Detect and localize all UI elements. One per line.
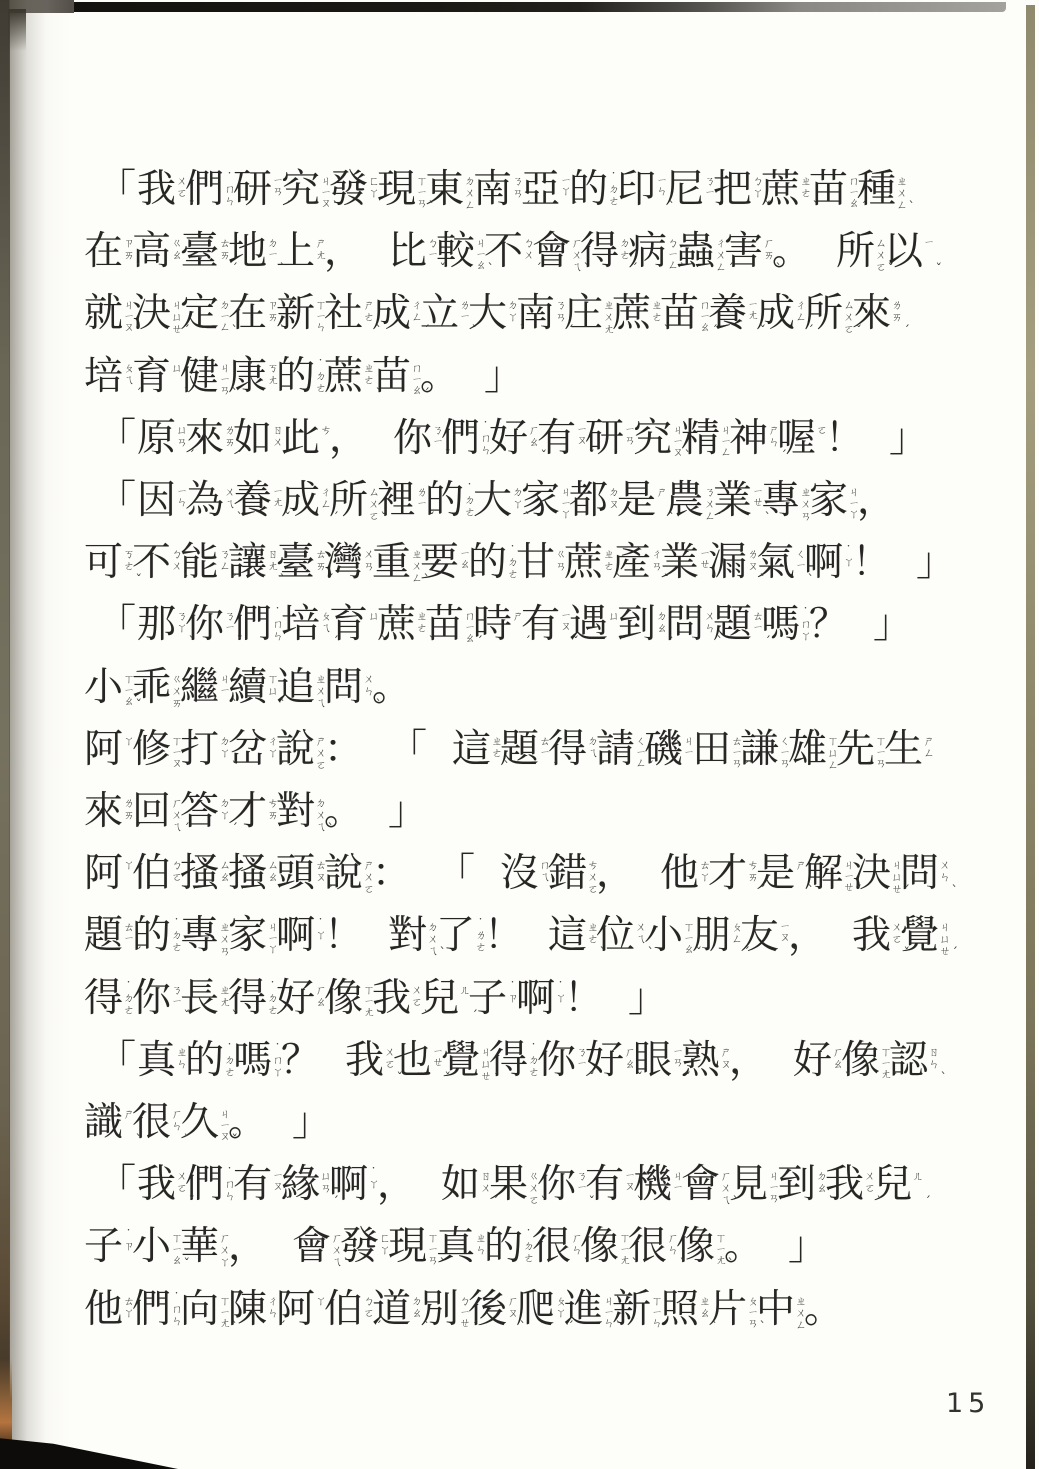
zhuyin-annotation: ㄉㄚˋ: [507, 299, 518, 338]
char-token: 神ㄕㄣˊ: [729, 415, 777, 463]
character: 如: [441, 1161, 480, 1209]
character: 臺: [180, 228, 219, 276]
character: 啊: [276, 912, 315, 960]
zhuyin-annotation: ㄓㄨㄢ: [800, 486, 811, 525]
character: 來: [84, 788, 123, 836]
character: 我: [345, 1037, 384, 1085]
zhuyin-annotation: ㄌㄞˊ: [224, 424, 235, 463]
character: 都: [569, 477, 608, 525]
zhuyin-annotation: ㄅㄛˊ: [171, 859, 182, 898]
char-token: 這ㄓㄜˋ: [452, 726, 500, 774]
zhuyin-annotation: ㄆㄟˊ: [320, 610, 331, 649]
char-token: 你ㄋㄧˇ: [393, 415, 441, 463]
zhuyin-annotation: ㄋㄧˇ: [224, 610, 235, 649]
zhuyin-annotation: ㄓㄜˋ: [416, 610, 427, 649]
character: 」: [292, 1099, 331, 1147]
character: 「: [97, 166, 136, 214]
character: 南: [473, 166, 512, 214]
zhuyin-annotation: ㄉㄠˋ: [816, 1170, 827, 1209]
zhuyin-annotation: ㄨㄟˋ: [224, 486, 235, 525]
character: 好: [489, 415, 528, 463]
zhuyin-annotation: ㄉㄧㄥˋ: [219, 299, 230, 338]
char-token: 啊˙ㄚ: [276, 912, 324, 960]
character: 原: [137, 415, 176, 463]
character: ，: [377, 1161, 416, 1209]
zhuyin-annotation: ㄊㄚ: [699, 859, 710, 898]
zhuyin-annotation: ㄙㄨㄛˇ: [875, 237, 886, 276]
zhuyin-annotation: ㄎㄤ: [267, 362, 278, 401]
zhuyin-annotation: ˙ㄉㄜ: [528, 1046, 539, 1085]
character: 田: [692, 726, 731, 774]
character: 」: [484, 353, 523, 401]
character: 「: [97, 477, 136, 525]
zhuyin-annotation: ㄑㄧˋ: [795, 548, 806, 587]
page-edge-right: [1026, 5, 1035, 1469]
zhuyin-annotation: ㄊㄧˊ: [123, 921, 134, 960]
char-token: 田ㄊㄧㄢˊ: [692, 726, 740, 774]
char-token: 甘ㄍㄢ: [516, 539, 564, 587]
character: 「: [436, 850, 475, 898]
zhuyin-annotation: ㄉㄚˇ: [219, 735, 230, 774]
zhuyin-annotation: ㄐㄧ: [672, 1170, 683, 1209]
character: 「: [97, 1161, 136, 1209]
text-line: 小ㄒㄧㄠˇ乖ㄍㄨㄞ繼ㄐㄧˋ續ㄒㄩˋ追ㄓㄨㄟ問ㄨㄣˋ。: [84, 664, 412, 724]
char-token: 問ㄨㄣˋ: [324, 664, 372, 712]
character: 的: [484, 1223, 523, 1271]
zhuyin-annotation: ㄐㄧㄣˋ: [603, 1295, 614, 1334]
zhuyin-annotation: ㄩㄢˊ: [320, 1170, 331, 1209]
char-token: 家ㄐㄧㄚ: [228, 912, 276, 960]
character: 那: [137, 601, 176, 649]
zhuyin-annotation: ㄒㄧㄤˋ: [219, 1295, 230, 1334]
punctuation-token: 「: [436, 850, 476, 898]
character: 有: [233, 1161, 272, 1209]
zhuyin-annotation: ㄧˇ: [923, 237, 934, 276]
character: 培: [281, 601, 320, 649]
punctuation-token: 」: [889, 415, 929, 463]
binding-shadow-notch: [8, 9, 26, 51]
zhuyin-annotation: ㄒㄧㄣ: [315, 299, 326, 338]
character: 的: [185, 1037, 224, 1085]
zhuyin-annotation: ㄨㄛˇ: [411, 984, 422, 1023]
zhuyin-annotation: ㄕˊ: [512, 610, 523, 649]
text-line: 來ㄌㄞˊ回ㄏㄨㄟˊ答ㄉㄚˊ才ㄘㄞˊ對ㄉㄨㄟˋ。」: [84, 788, 428, 848]
char-token: 他ㄊㄚ: [660, 850, 708, 898]
zhuyin-annotation: ㄏㄡˋ: [507, 1295, 518, 1334]
zhuyin-annotation: ㄓㄣ: [475, 1232, 486, 1271]
zhuyin-annotation: ˙ㄚ: [368, 1170, 379, 1209]
char-token: 現ㄒㄧㄢˋ: [388, 1223, 436, 1271]
zhuyin-annotation: ㄒㄧㄠˇ: [683, 921, 694, 960]
punctuation-token: 」: [873, 601, 913, 649]
char-token: 打ㄉㄚˇ: [180, 726, 228, 774]
punctuation-token: 「: [97, 477, 137, 525]
zhuyin-annotation: ㄆㄚˊ: [555, 1295, 566, 1334]
char-token: 才ㄘㄞˊ: [708, 850, 756, 898]
char-token: 這ㄓㄜˋ: [548, 912, 596, 960]
char-token: 伯ㄅㄛˊ: [132, 850, 180, 898]
zhuyin-annotation: ㄔㄢˇ: [651, 548, 662, 587]
zhuyin-annotation: ㄖㄣˋ: [928, 1046, 939, 1085]
punctuation-token: 「: [97, 1161, 137, 1209]
zhuyin-annotation: ㄒㄧㄠˇ: [123, 673, 134, 712]
zhuyin-annotation: ˙ㄇㄣ: [480, 424, 491, 463]
zhuyin-annotation: ㄉㄧˋ: [267, 237, 278, 276]
zhuyin-annotation: ㄧㄡˇ: [624, 1170, 635, 1209]
zhuyin-annotation: ㄋㄢˊ: [555, 299, 566, 338]
char-token: 比ㄅㄧˇ: [388, 228, 436, 276]
character: ？: [281, 1037, 320, 1085]
zhuyin-annotation: ㄧㄚˋ: [560, 175, 571, 214]
character: 所: [836, 228, 875, 276]
char-token: 可ㄎㄜˇ: [84, 539, 132, 587]
zhuyin-annotation: ㄋㄧˇ: [576, 1170, 587, 1209]
character: 生: [884, 726, 923, 774]
character: 家: [809, 477, 848, 525]
zhuyin-annotation: ㄧㄡˇ: [272, 1170, 283, 1209]
zhuyin-annotation: ㄨㄣˋ: [939, 859, 950, 898]
punctuation-token: ！: [324, 912, 364, 960]
zhuyin-annotation: ㄊㄡˊ: [315, 859, 326, 898]
zhuyin-annotation: ㄓㄨㄢ: [219, 921, 230, 960]
char-token: 阿ㄚ: [84, 850, 132, 898]
zhuyin-annotation: ˙ㄗ: [507, 984, 518, 1023]
zhuyin-annotation: ㄏㄣˇ: [171, 1108, 182, 1147]
zhuyin-annotation: ㄩˋ: [368, 610, 379, 649]
zhuyin-annotation: ㄊㄧㄢˊ: [731, 735, 742, 774]
character: 好: [793, 1037, 832, 1085]
char-token: 如ㄖㄨˊ: [441, 1161, 489, 1209]
zhuyin-annotation: ˙ㄉㄜ: [608, 175, 619, 214]
zhuyin-annotation: ㄊㄞˊ: [315, 548, 326, 587]
zhuyin-annotation: ㄐㄧㄡˋ: [672, 424, 683, 463]
char-token: 大ㄉㄚˋ: [473, 477, 521, 525]
character: 神: [729, 415, 768, 463]
character: ！: [825, 415, 864, 463]
punctuation-token: 」: [788, 1223, 828, 1271]
zhuyin-annotation: ㄕㄡˊ: [720, 1046, 731, 1085]
char-token: 我ㄨㄛˇ: [137, 1161, 185, 1209]
zhuyin-annotation: ㄓㄜˋ: [363, 362, 374, 401]
char-token: 培ㄆㄟˊ: [84, 353, 132, 401]
zhuyin-annotation: ㄌㄞˊ: [891, 299, 902, 338]
zhuyin-annotation: ㄉㄨㄥ: [464, 175, 475, 214]
zhuyin-annotation: ㄧㄢˇ: [672, 1046, 683, 1085]
char-token: 是ㄕˋ: [617, 477, 665, 525]
char-token: 修ㄒㄧㄡ: [132, 726, 180, 774]
zhuyin-annotation: ㄋㄨㄥˊ: [704, 486, 715, 525]
character: 才: [708, 850, 747, 898]
zhuyin-annotation: ㄔㄥˊ: [411, 299, 422, 338]
zhuyin-annotation: ㄒㄧㄢˋ: [416, 175, 427, 214]
char-token: 繼ㄐㄧˋ: [180, 664, 228, 712]
character: 伯: [132, 850, 171, 898]
char-token: 來ㄌㄞˊ: [84, 788, 132, 836]
zhuyin-annotation: ㄚ: [123, 735, 134, 774]
character: 他: [660, 850, 699, 898]
zhuyin-annotation: ㄐㄩㄝˊ: [480, 1046, 491, 1085]
char-token: 題ㄊㄧˊ: [84, 912, 132, 960]
char-token: 搔ㄙㄠ: [228, 850, 276, 898]
punctuation-token: ：: [372, 850, 412, 898]
character: 蔗: [564, 539, 603, 587]
zhuyin-annotation: ˙ㄉㄜ: [315, 362, 326, 401]
zhuyin-annotation: ㄅㄧㄝˊ: [459, 1295, 470, 1334]
zhuyin-annotation: ㄙㄨㄛˇ: [843, 299, 854, 338]
character: 甘: [516, 539, 555, 587]
zhuyin-annotation: ㄐㄧㄝˇ: [843, 859, 854, 898]
zhuyin-annotation: ㄕㄥ: [923, 735, 934, 774]
zhuyin-annotation: ㄙㄨㄛˇ: [368, 486, 379, 525]
character: 向: [180, 1286, 219, 1334]
character: ？: [809, 601, 848, 649]
zhuyin-annotation: ㄌㄞˊ: [123, 797, 134, 836]
char-token: 的˙ㄉㄜ: [276, 353, 324, 401]
zhuyin-annotation: ㄧㄢˊ: [624, 424, 635, 463]
zhuyin-annotation: ㄐㄧㄢˋ: [219, 362, 230, 401]
zhuyin-annotation: ㄓㄨㄤ: [603, 299, 614, 338]
character: 為: [185, 477, 224, 525]
char-token: 臺ㄊㄞˊ: [180, 228, 228, 276]
zhuyin-annotation: ㄓㄠˋ: [699, 1295, 710, 1334]
punctuation-token: 「: [97, 1037, 137, 1085]
binding-foot-strip: [0, 1358, 12, 1450]
char-token: 印ㄧㄣˋ: [617, 166, 665, 214]
char-token: 蔗ㄓㄜˋ: [612, 290, 660, 338]
char-token: 照ㄓㄠˋ: [660, 1286, 708, 1334]
zhuyin-annotation: ㄐㄩㄝˊ: [939, 921, 950, 960]
zhuyin-annotation: ㄓㄨㄥ: [795, 1295, 806, 1334]
zhuyin-annotation: ㄒㄧㄤˋ: [619, 1232, 630, 1271]
zhuyin-annotation: ㄘㄞˊ: [267, 797, 278, 836]
zhuyin-annotation: ㄏㄨㄟˋ: [571, 237, 582, 276]
character: 是: [617, 477, 656, 525]
character: ！: [324, 912, 363, 960]
zhuyin-annotation: ㄚ: [123, 859, 134, 898]
text-line: 識ㄕˋ很ㄏㄣˇ久ㄐㄧㄡˇ。」: [84, 1099, 332, 1159]
zhuyin-annotation: ㄔㄥˊ: [320, 486, 331, 525]
zhuyin-annotation: ㄘㄞˊ: [747, 859, 758, 898]
char-token: 我ㄨㄛˇ: [345, 1037, 393, 1085]
zhuyin-annotation: ㄇㄧㄠˊ: [411, 362, 422, 401]
zhuyin-annotation: ˙ㄗ: [123, 1232, 134, 1271]
text-line: 子˙ㄗ小ㄒㄧㄠˇ華ㄏㄨㄚˊ，會ㄏㄨㄟˋ發ㄈㄚ現ㄒㄧㄢˋ真ㄓㄣ的˙ㄉㄜ很ㄏㄣˇ像ㄒ…: [84, 1223, 828, 1283]
char-token: 我ㄨㄛˇ: [852, 912, 900, 960]
scan-top-edge: [58, 2, 1006, 12]
zhuyin-annotation: ˙ㄉㄜ: [224, 1046, 235, 1085]
punctuation-token: 「: [388, 726, 428, 774]
character: ！: [852, 539, 891, 587]
char-token: 生ㄕㄥ: [884, 726, 932, 774]
text-line: 題ㄊㄧˊ的˙ㄉㄜ專ㄓㄨㄢ家ㄐㄧㄚ啊˙ㄚ！對ㄉㄨㄟˋ了˙ㄌㄜ！這ㄓㄜˋ位ㄨㄟˋ小ㄒ…: [84, 912, 948, 972]
zhuyin-annotation: ㄒㄧㄤˋ: [715, 1232, 726, 1271]
character: 對: [388, 912, 427, 960]
punctuation-token: ，: [857, 477, 897, 525]
character: 題: [84, 912, 123, 960]
zhuyin-annotation: ㄘˇ: [320, 424, 331, 463]
zhuyin-annotation: ㄅㄧㄥˋ: [667, 237, 678, 276]
text-line: 得˙ㄉㄜ你ㄋㄧˇ長ㄓㄤˇ得˙ㄉㄜ好ㄏㄠˇ像ㄒㄧㄤˋ我ㄨㄛˇ兒ㄦˊ子˙ㄗ啊˙ㄚ！」: [84, 975, 668, 1035]
zhuyin-annotation: ㄆㄥˊ: [731, 921, 742, 960]
zhuyin-annotation: ㄅㄚˇ: [752, 175, 763, 214]
character: 沒: [500, 850, 539, 898]
zhuyin-annotation: ㄏㄠˇ: [315, 984, 326, 1023]
punctuation-token: ：: [324, 726, 364, 774]
zhuyin-annotation: ㄑㄧㄢ: [779, 735, 790, 774]
character: 頭: [276, 850, 315, 898]
zhuyin-annotation: ㄗㄞˋ: [123, 237, 134, 276]
char-token: 你ㄋㄧˇ: [537, 1037, 585, 1085]
zhuyin-annotation: ˙ㄉㄜ: [523, 1232, 534, 1271]
zhuyin-annotation: ㄓㄜˋ: [603, 548, 614, 587]
character: 」: [916, 539, 955, 587]
character: 的: [276, 353, 315, 401]
character: 阿: [84, 726, 123, 774]
zhuyin-annotation: ㄇㄧㄠˊ: [848, 175, 859, 214]
zhuyin-annotation: ㄐㄧㄥ: [720, 424, 731, 463]
character: 好: [276, 975, 315, 1023]
character: 現: [377, 166, 416, 214]
char-token: 真ㄓㄣ: [137, 1037, 185, 1085]
zhuyin-annotation: ㄖㄨˊ: [480, 1170, 491, 1209]
character: 培: [84, 353, 123, 401]
zhuyin-annotation: ㄐㄧㄢˋ: [768, 1170, 779, 1209]
char-token: 小ㄒㄧㄠˇ: [132, 1223, 180, 1271]
zhuyin-annotation: ˙ㄇㄣ: [224, 1170, 235, 1209]
punctuation-token: 「: [97, 601, 137, 649]
punctuation-token: 」: [628, 975, 668, 1023]
zhuyin-annotation: ˙ㄚ: [555, 984, 566, 1023]
zhuyin-annotation: ㄓㄜˋ: [800, 175, 811, 214]
char-token: 因ㄧㄣ: [137, 477, 185, 525]
zhuyin-annotation: ㄔㄣˊ: [267, 1295, 278, 1334]
char-token: 蔗ㄓㄜˋ: [324, 353, 372, 401]
zhuyin-annotation: ㄨㄛˇ: [891, 921, 902, 960]
char-token: 那ㄋㄚˋ: [137, 601, 185, 649]
zhuyin-annotation: ㄐㄧㄡˋ: [320, 175, 331, 214]
zhuyin-annotation: ㄖㄨˊ: [272, 424, 283, 463]
text-line: 他ㄊㄚ們˙ㄇㄣ向ㄒㄧㄤˋ陳ㄔㄣˊ阿ㄚ伯ㄅㄛˊ道ㄉㄠˋ別ㄅㄧㄝˊ後ㄏㄡˋ爬ㄆㄚˊ進…: [84, 1286, 844, 1346]
char-token: 現ㄒㄧㄢˋ: [377, 166, 425, 214]
zhuyin-annotation: ㄅㄨˊ: [523, 237, 534, 276]
zhuyin-annotation: ㄓㄣ: [176, 1046, 187, 1085]
text-line: 「真ㄓㄣ的˙ㄉㄜ嗎˙ㄇㄚ？我ㄨㄛˇ也ㄧㄝˇ覺ㄐㄩㄝˊ得˙ㄉㄜ你ㄋㄧˇ好ㄏㄠˇ眼ㄧ…: [84, 1037, 937, 1097]
zhuyin-annotation: ㄍㄢ: [555, 548, 566, 587]
character: 我: [137, 166, 176, 214]
punctuation-token: ！: [852, 539, 892, 587]
zhuyin-annotation: ㄎㄜˇ: [123, 548, 134, 587]
zhuyin-annotation: ㄏㄨㄟˋ: [720, 1170, 731, 1209]
zhuyin-annotation: ㄋㄧˇ: [432, 424, 443, 463]
text-line: 阿ㄚ伯ㄅㄛˊ搔ㄙㄠ搔ㄙㄠ頭ㄊㄡˊ說ㄕㄨㄛ：「沒ㄇㄟˊ錯ㄘㄨㄛˋ，他ㄊㄚ才ㄘㄞˊ是…: [84, 850, 948, 910]
punctuation-token: 「: [97, 166, 137, 214]
zhuyin-annotation: ㄐㄧㄚ: [560, 486, 571, 525]
character: 子: [84, 1223, 123, 1271]
zhuyin-annotation: ㄏㄨㄟˋ: [331, 1232, 342, 1271]
zhuyin-annotation: ㄙㄠ: [267, 859, 278, 898]
zhuyin-annotation: ㄋㄚˋ: [176, 610, 187, 649]
zhuyin-annotation: ㄙㄠ: [219, 859, 230, 898]
zhuyin-annotation: ㄓㄜˋ: [491, 735, 502, 774]
character: 小: [84, 664, 123, 712]
zhuyin-annotation: ㄒㄩㄥˊ: [827, 735, 838, 774]
zhuyin-annotation: ㄋㄧˇ: [576, 1046, 587, 1085]
zhuyin-annotation: ㄔㄥˊ: [795, 299, 806, 338]
zhuyin-annotation: ㄛ: [816, 424, 827, 463]
character: 因: [137, 477, 176, 525]
zhuyin-annotation: ㄐㄧˋ: [219, 673, 230, 712]
zhuyin-annotation: ㄚ: [315, 1295, 326, 1334]
zhuyin-annotation: ㄈㄚ: [379, 1232, 390, 1271]
zhuyin-annotation: ㄐㄧㄚ: [267, 921, 278, 960]
character: 真: [137, 1037, 176, 1085]
punctuation-token: 」: [388, 788, 428, 836]
character: 重: [372, 539, 411, 587]
char-token: 雄ㄒㄩㄥˊ: [788, 726, 836, 774]
zhuyin-annotation: ㄓㄨㄟ: [315, 673, 326, 712]
text-line: 「原ㄩㄢˊ來ㄌㄞˊ如ㄖㄨˊ此ㄘˇ，你ㄋㄧˇ們˙ㄇㄣ好ㄏㄠˇ有ㄧㄡˇ研ㄧㄢˊ究ㄐㄧ…: [84, 415, 929, 475]
zhuyin-annotation: ㄧㄡˇ: [576, 424, 587, 463]
char-token: 家ㄐㄧㄚ: [809, 477, 857, 525]
zhuyin-annotation: ㄐㄧㄡˇ: [219, 1108, 230, 1147]
zhuyin-annotation: ㄓㄜˋ: [651, 299, 662, 338]
text-line: 「我ㄨㄛˇ們˙ㄇㄣ研ㄧㄢˊ究ㄐㄧㄡˋ發ㄈㄚ現ㄒㄧㄢˋ東ㄉㄨㄥ南ㄋㄢˊ亞ㄧㄚˋ的˙…: [84, 166, 905, 226]
character: 大: [473, 477, 512, 525]
zhuyin-annotation: ㄑㄧㄥˇ: [635, 735, 646, 774]
zhuyin-annotation: ˙ㄉㄜ: [464, 486, 475, 525]
punctuation-token: ！: [825, 415, 865, 463]
character: ！: [484, 912, 523, 960]
zhuyin-annotation: ㄌㄡˋ: [747, 548, 758, 587]
zhuyin-annotation: ㄊㄧˊ: [539, 735, 550, 774]
character: 伯: [324, 1286, 363, 1334]
char-token: 研ㄧㄢˊ: [233, 166, 281, 214]
punctuation-token: ！: [484, 912, 524, 960]
character: 現: [388, 1223, 427, 1271]
character: 們: [132, 1286, 171, 1334]
punctuation-token: ，: [377, 1161, 417, 1209]
char-token: 向ㄒㄧㄤˋ: [180, 1286, 228, 1334]
character: 」: [873, 601, 912, 649]
zhuyin-annotation: ㄕㄜˋ: [363, 299, 374, 338]
char-token: 好ㄏㄠˇ: [276, 975, 324, 1023]
zhuyin-annotation: ㄊㄞˊ: [219, 237, 230, 276]
zhuyin-annotation: ㄏㄠˇ: [528, 424, 539, 463]
zhuyin-annotation: ㄏㄨㄟˊ: [171, 797, 182, 836]
zhuyin-annotation: ㄆㄧㄢˋ: [747, 1295, 758, 1334]
zhuyin-annotation: ˙ㄇㄚ: [800, 610, 811, 649]
character: 這: [452, 726, 491, 774]
zhuyin-annotation: ㄆㄟˊ: [123, 362, 134, 401]
zhuyin-annotation: ㄖㄤˋ: [267, 548, 278, 587]
text-line: 就ㄐㄧㄡˋ決ㄐㄩㄝˊ定ㄉㄧㄥˋ在ㄗㄞˋ新ㄒㄧㄣ社ㄕㄜˋ成ㄔㄥˊ立ㄌㄧˋ大ㄉㄚˋ南…: [84, 290, 900, 350]
zhuyin-annotation: ㄌㄧˇ: [416, 486, 427, 525]
character: 在: [84, 228, 123, 276]
char-token: 我ㄨㄛˇ: [137, 166, 185, 214]
zhuyin-annotation: ㄧㄡˇ: [779, 921, 790, 960]
character: 蔗: [612, 290, 651, 338]
char-token: 好ㄏㄠˇ: [489, 415, 537, 463]
zhuyin-annotation: ㄋㄧˊ: [704, 175, 715, 214]
zhuyin-annotation: ㄒㄧㄣ: [651, 1295, 662, 1334]
character: 雄: [788, 726, 827, 774]
character: ：: [324, 726, 363, 774]
character: 。: [804, 1286, 843, 1334]
zhuyin-annotation: ˙ㄌㄜ: [475, 921, 486, 960]
character: 嗎: [233, 1037, 272, 1085]
character: 你: [132, 975, 171, 1023]
character: 小: [132, 1223, 171, 1271]
